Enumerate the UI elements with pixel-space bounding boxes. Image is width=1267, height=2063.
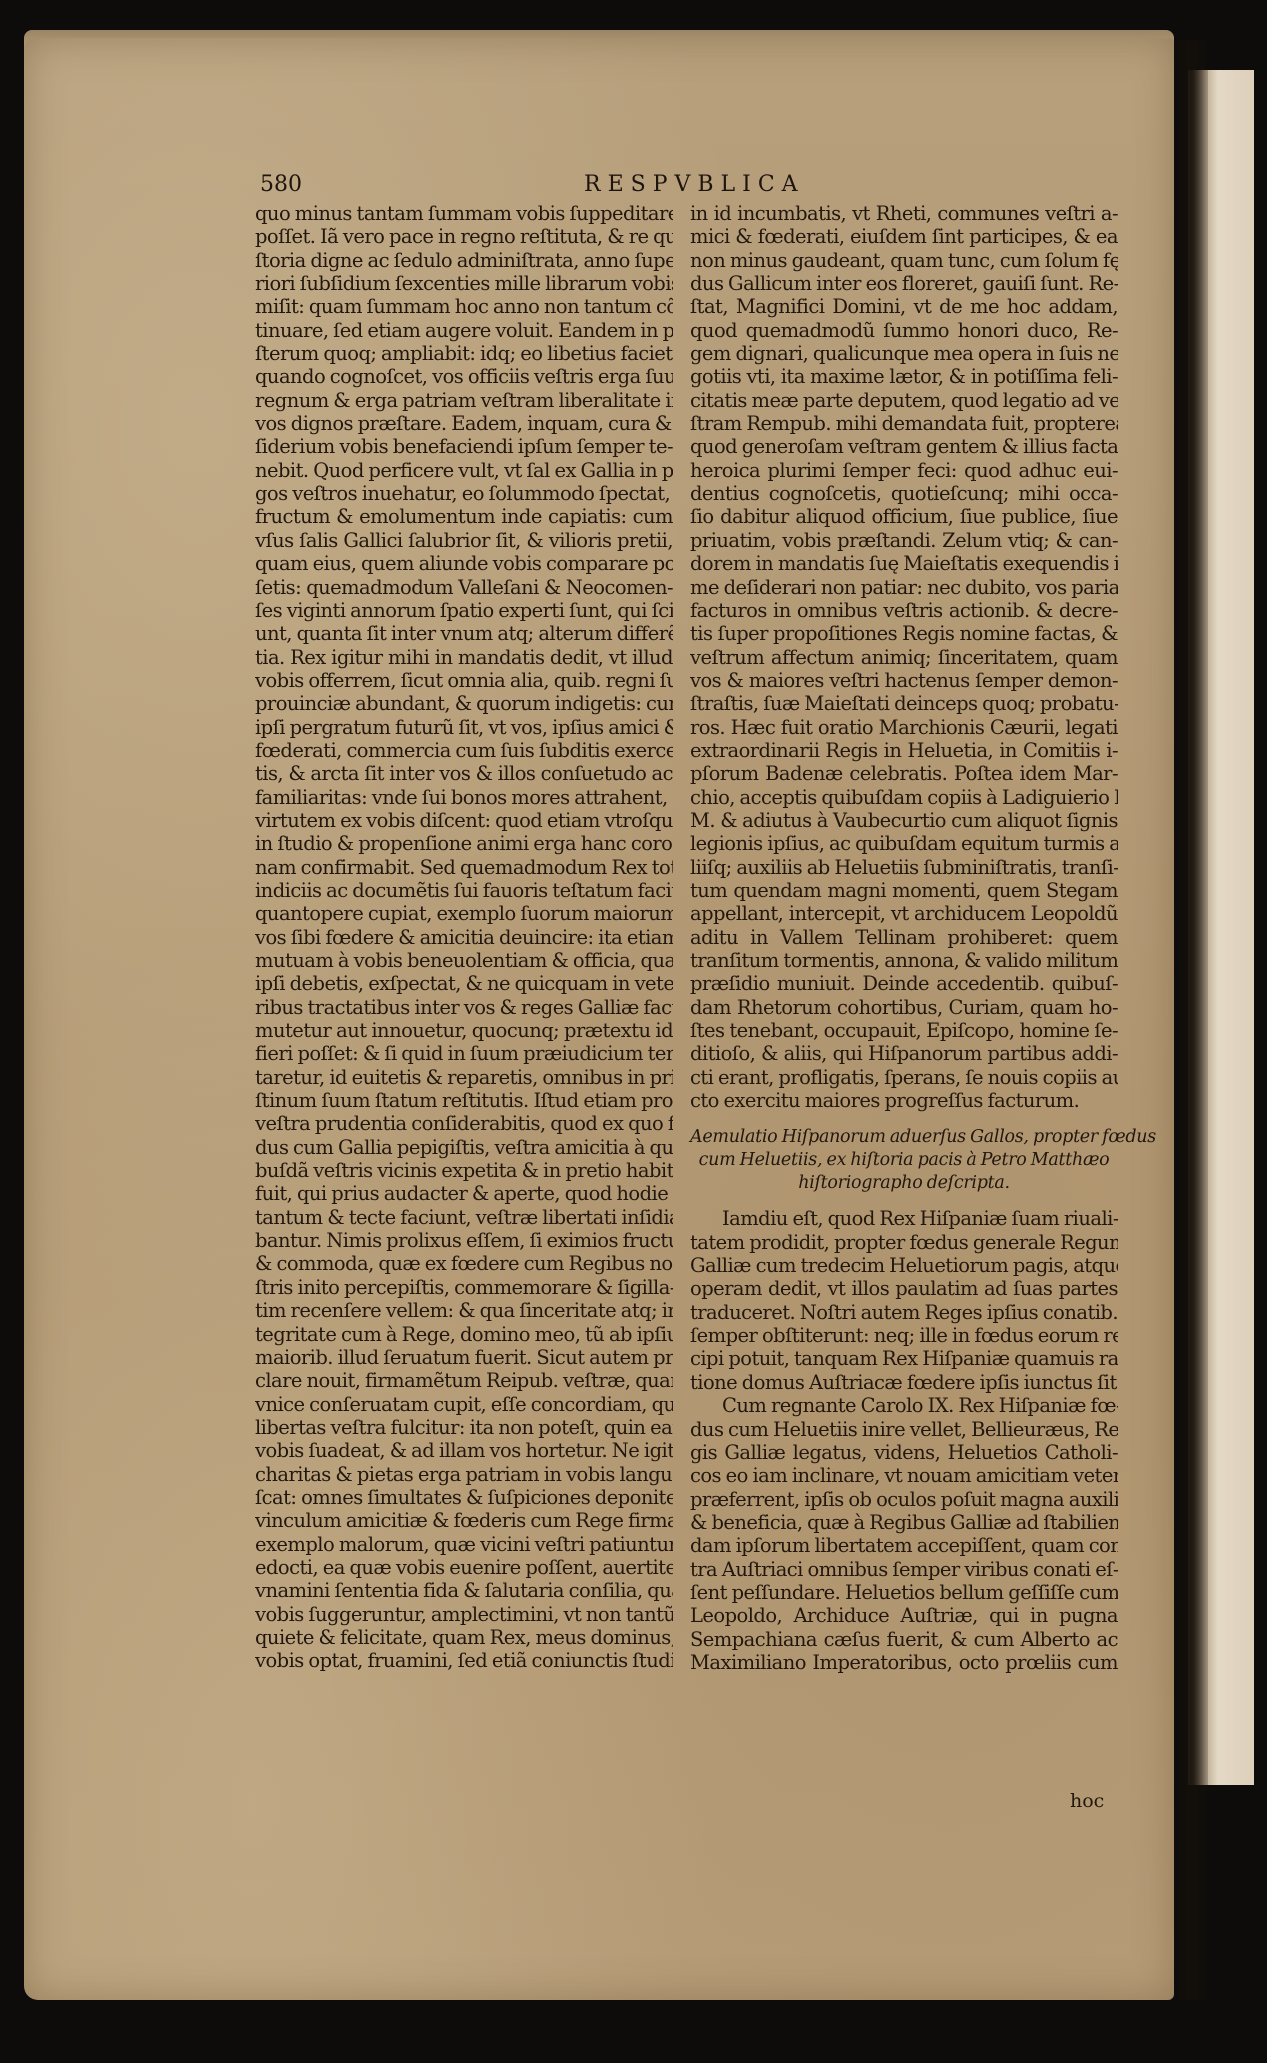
heading-line: cum Heluetiis, ex hiſtoria pacis à Petro… [690, 1149, 1118, 1172]
text-line: ſtinum ſuum ſtatum reſtitutis. Iſtud eti… [255, 1089, 673, 1112]
text-line: ſtris inito percepiſtis, commemorare & ſ… [255, 1276, 673, 1299]
running-title: RESPVBLICA [584, 172, 805, 197]
right-column-body-top: in id incumbatis, vt Rheti, communes veſ… [690, 202, 1118, 1112]
text-line: tinuare, ſed etiam augere voluit. Eandem… [255, 319, 673, 342]
text-line: fuit, qui prius audacter & aperte, quod … [255, 1182, 673, 1205]
text-line: cti erant, profligatis, ſperans, ſe noui… [690, 1066, 1118, 1089]
text-line: exemplo malorum, quæ vicini veſtri patiu… [255, 1533, 673, 1556]
text-line: ſent peſſundare. Heluetios bellum geſſiſ… [690, 1581, 1118, 1604]
text-line: fructum & emolumentum inde capiatis: cum [255, 505, 673, 528]
right-column-body-bottom: Iamdiu eſt, quod Rex Hiſpaniæ ſuam riual… [690, 1207, 1118, 1674]
text-line: mici & fœderati, eiuſdem ſint participes… [690, 225, 1118, 248]
text-line: fœderati, commercia cum ſuis ſubditis ex… [255, 739, 673, 762]
text-line: tia. Rex igitur mihi in mandatis dedit, … [255, 646, 673, 669]
text-line: gos veſtros inuehatur, eo ſolummodo ſpec… [255, 482, 673, 505]
text-line: ſemper obſtiterunt: neq; ille in fœdus e… [690, 1324, 1118, 1347]
text-line: quantopere cupiat, exemplo ſuorum maioru… [255, 902, 673, 925]
text-line: maiorib. illud ſeruatum fuerit. Sicut au… [255, 1346, 673, 1369]
text-line: gis Galliæ legatus, videns, Heluetios Ca… [690, 1441, 1118, 1464]
text-line: cto exercitu maiores progreſſus facturum… [690, 1089, 1118, 1112]
text-line: quando cognoſcet, vos officiis veſtris e… [255, 365, 673, 388]
text-line: vobis optat, fruamini, ſed etiã coniunct… [255, 1649, 673, 1672]
heading-line: Aemulatio Hiſpanorum aduerſus Gallos, pr… [690, 1126, 1118, 1149]
text-line: vobis ſuggeruntur, amplectimini, vt non … [255, 1603, 673, 1626]
text-line: bantur. Nimis prolixus eſſem, ſi eximios… [255, 1229, 673, 1252]
text-line: dentius cognoſcetis, quotieſcunq; mihi o… [690, 482, 1118, 505]
text-line: fieri poſſet: & ſi quid in ſuum præiudic… [255, 1042, 673, 1065]
text-line: Maximiliano Imperatoribus, octo prœliis … [690, 1651, 1118, 1674]
text-line: ſetis: quemadmodum Valleſani & Neocomen- [255, 576, 673, 599]
text-line: veſtra prudentia conſiderabitis, quod ex… [255, 1112, 673, 1135]
text-line: quam eius, quem aliunde vobis comparare … [255, 552, 673, 575]
right-text-column: in id incumbatis, vt Rheti, communes veſ… [690, 202, 1118, 1674]
text-line: Galliæ cum tredecim Heluetiorum pagis, a… [690, 1254, 1118, 1277]
text-line: taretur, id euitetis & reparetis, omnibu… [255, 1066, 673, 1089]
text-line: pſorum Badenæ celebratis. Poſtea idem Ma… [690, 762, 1118, 785]
text-line: vnice conſeruatam cupit, eſſe concordiam… [255, 1393, 673, 1416]
text-line: nebit. Quod perficere vult, vt ſal ex Ga… [255, 459, 673, 482]
text-line: Sempachiana cæſus fuerit, & cum Alberto … [690, 1628, 1118, 1651]
text-line: cos eo iam inclinare, vt nouam amicitiam… [690, 1464, 1118, 1487]
text-line: familiaritas: vnde ſui bonos mores attra… [255, 786, 673, 809]
text-line: appellant, intercepit, vt archiducem Leo… [690, 902, 1118, 925]
gutter-shadow [1168, 40, 1208, 2000]
text-line: ros. Hæc fuit oratio Marchionis Cæurii, … [690, 716, 1118, 739]
text-line: facturos in omnibus veſtris actionib. & … [690, 599, 1118, 622]
text-line: unt, quanta ſit inter vnum atq; alterum … [255, 622, 673, 645]
text-line: ſtram Rempub. mihi demandata fuit, propt… [690, 412, 1118, 435]
text-line: ſes viginti annorum ſpatio experti ſunt,… [255, 599, 673, 622]
text-line: tis, & arcta ſit inter vos & illos conſu… [255, 762, 673, 785]
text-line: vobis ſuadeat, & ad illam vos hortetur. … [255, 1439, 673, 1462]
heading-line: hiſtoriographo deſcripta. [690, 1172, 1118, 1195]
text-line: quod generoſam veſtram gentem & illius f… [690, 435, 1118, 458]
text-line: buſdã veſtris vicinis expetita & in pret… [255, 1159, 673, 1182]
text-line: tim recenſere vellem: & qua ſinceritate … [255, 1299, 673, 1322]
text-line: tra Auſtriaci omnibus ſemper viribus con… [690, 1558, 1118, 1581]
text-line: vos dignos præſtare. Eadem, inquam, cura… [255, 412, 673, 435]
text-line: ipſi debetis, exſpectat, & ne quicquam i… [255, 972, 673, 995]
text-line: vnamini ſententia fida & ſalutaria conſi… [255, 1579, 673, 1602]
text-line: operam dedit, vt illos paulatim ad ſuas … [690, 1277, 1118, 1300]
text-line: mutetur aut innouetur, quocunq; prætextu… [255, 1019, 673, 1042]
text-line: aditu in Vallem Tellinam prohiberet: que… [690, 926, 1118, 949]
text-line: ſiderium vobis benefaciendi ipſum ſemper… [255, 435, 673, 458]
text-line: legionis ipſius, ac quibuſdam equitum tu… [690, 832, 1118, 855]
text-line: tione domus Auſtriacæ fœdere ipſis iunct… [690, 1371, 1118, 1394]
text-line: non minus gaudeant, quam tunc, cum ſolum… [690, 249, 1118, 272]
text-line: traduceret. Noſtri autem Reges ipſius co… [690, 1301, 1118, 1324]
text-line: M. & adiutus à Vaubecurtio cum aliquot ſ… [690, 809, 1118, 832]
text-line: ribus tractatibus inter vos & reges Gall… [255, 996, 673, 1019]
text-line: quo minus tantam ſummam vobis ſuppeditar… [255, 202, 673, 225]
text-line: heroica plurimi ſemper feci: quod adhuc … [690, 459, 1118, 482]
text-line: vinculum amicitiæ & fœderis cum Rege fir… [255, 1509, 673, 1532]
text-line: in ſtudio & propenſione animi erga hanc … [255, 832, 673, 855]
text-line: miſit: quam ſummam hoc anno non tantum c… [255, 295, 673, 318]
text-line: cipi potuit, tanquam Rex Hiſpaniæ quamui… [690, 1347, 1118, 1370]
text-line: tatem prodidit, propter fœdus generale R… [690, 1231, 1118, 1254]
text-line: Cum regnante Carolo IX. Rex Hiſpaniæ fœ- [690, 1394, 1118, 1417]
text-line: ſtoria digne ac ſedulo adminiſtrata, ann… [255, 249, 673, 272]
text-line: ipſi pergratum futurũ ſit, vt vos, ipſiu… [255, 716, 673, 739]
text-line: præferrent, ipſis ob oculos poſuit magna… [690, 1488, 1118, 1511]
text-line: Leopoldo, Archiduce Auſtriæ, qui in pugn… [690, 1604, 1118, 1627]
text-line: veſtrum affectum animiq; ſinceritatem, q… [690, 646, 1118, 669]
text-line: ditioſo, & aliis, qui Hiſpanorum partibu… [690, 1042, 1118, 1065]
text-line: regnum & erga patriam veſtram liberalita… [255, 389, 673, 412]
text-line: extraordinarii Regis in Heluetia, in Com… [690, 739, 1118, 762]
text-line: tranſitum tormentis, annona, & valido mi… [690, 949, 1118, 972]
text-line: gotiis vti, ita maxime lætor, & in potiſ… [690, 365, 1118, 388]
text-line: charitas & pietas erga patriam in vobis … [255, 1463, 673, 1486]
text-line: libertas veſtra fulcitur: ita non poteſt… [255, 1416, 673, 1439]
text-line: dam ipſorum libertatem accepiſſent, quam… [690, 1534, 1118, 1557]
text-line: quod quemadmodũ ſummo honori duco, Re- [690, 319, 1118, 342]
text-line: vſus ſalis Gallici ſalubrior ſit, & vili… [255, 529, 673, 552]
text-line: indiciis ac documẽtis ſui fauoris teſtat… [255, 879, 673, 902]
text-line: poſſet. Iã vero pace in regno reſtituta,… [255, 225, 673, 248]
text-line: clare nouit, firmamẽtum Reipub. veſtræ, … [255, 1369, 673, 1392]
text-line: & commoda, quæ ex fœdere cum Regibus no- [255, 1252, 673, 1275]
text-line: edocti, ea quæ vobis euenire poſſent, au… [255, 1556, 673, 1579]
text-line: priuatim, vobis præſtandi. Zelum vtiq; &… [690, 529, 1118, 552]
text-line: dam Rhetorum cohortibus, Curiam, quam ho… [690, 996, 1118, 1019]
text-line: quiete & felicitate, quam Rex, meus domi… [255, 1626, 673, 1649]
left-text-column: quo minus tantam ſummam vobis ſuppeditar… [255, 202, 673, 1673]
text-line: riori ſubſidium ſexcenties mille libraru… [255, 272, 673, 295]
text-line: dus cum Gallia pepigiſtis, veſtra amicit… [255, 1136, 673, 1159]
text-line: ſterum quoq; ampliabit: idq; eo libetius… [255, 342, 673, 365]
text-line: dus Gallicum inter eos floreret, gauiſi … [690, 272, 1118, 295]
text-line: in id incumbatis, vt Rheti, communes veſ… [690, 202, 1118, 225]
text-line: vos ſibi fœdere & amicitia deuincire: it… [255, 926, 673, 949]
catchword: hoc [1070, 1790, 1104, 1812]
section-heading: Aemulatio Hiſpanorum aduerſus Gallos, pr… [690, 1126, 1118, 1195]
page-number: 580 [260, 172, 302, 197]
text-line: tantum & tecte faciunt, veſtræ libertati… [255, 1206, 673, 1229]
text-line: ſtat, Magnifici Domini, vt de me hoc add… [690, 295, 1118, 318]
text-line: dus cum Heluetiis inire vellet, Bellieur… [690, 1418, 1118, 1441]
text-line: citatis meæ parte deputem, quod legatio … [690, 389, 1118, 412]
text-line: me deſiderari non patiar: nec dubito, vo… [690, 576, 1118, 599]
text-line: tis ſuper propoſitiones Regis nomine fac… [690, 622, 1118, 645]
page-header: 580 RESPVBLICA [256, 172, 1126, 202]
text-line: vobis offerrem, ſicut omnia alia, quib. … [255, 669, 673, 692]
text-line: nam confirmabit. Sed quemadmodum Rex tot [255, 856, 673, 879]
text-line: Iamdiu eſt, quod Rex Hiſpaniæ ſuam riual… [690, 1207, 1118, 1230]
text-line: liiſq; auxiliis ab Heluetiis ſubminiſtra… [690, 856, 1118, 879]
text-line: chio, acceptis quibuſdam copiis à Ladigu… [690, 786, 1118, 809]
text-line: tum quendam magni momenti, quem Stegam [690, 879, 1118, 902]
text-line: ſio dabitur aliquod officium, ſiue publi… [690, 505, 1118, 528]
text-line: ſtraſtis, ſuæ Maieſtati deinceps quoq; p… [690, 692, 1118, 715]
text-line: prouinciæ abundant, & quorum indigetis: … [255, 692, 673, 715]
text-line: præſidio muniuit. Deinde accedentib. qui… [690, 972, 1118, 995]
text-line: virtutem ex vobis diſcent: quod etiam vt… [255, 809, 673, 832]
text-line: gem dignari, qualicunque mea opera in ſu… [690, 342, 1118, 365]
text-line: & beneficia, quæ à Regibus Galliæ ad ſta… [690, 1511, 1118, 1534]
text-line: dorem in mandatis ſuę Maieſtatis exequen… [690, 552, 1118, 575]
text-line: vos & maiores veſtri hactenus ſemper dem… [690, 669, 1118, 692]
text-line: tegritate cum à Rege, domino meo, tũ ab … [255, 1323, 673, 1346]
text-line: ſcat: omnes ſimultates & ſuſpiciones dep… [255, 1486, 673, 1509]
text-line: mutuam à vobis beneuolentiam & officia, … [255, 949, 673, 972]
text-line: ſtes tenebant, occupauit, Epiſcopo, homi… [690, 1019, 1118, 1042]
